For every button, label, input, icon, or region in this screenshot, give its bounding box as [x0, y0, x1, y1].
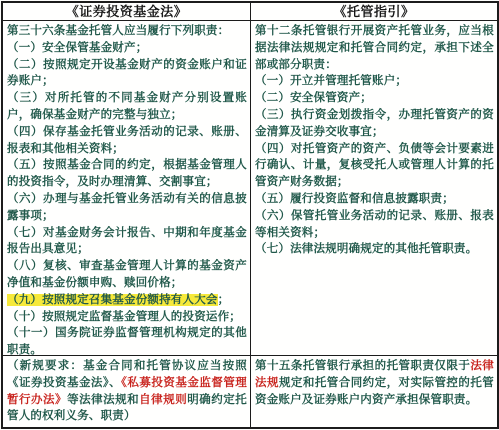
left-main-cell: 第三十六条基金托管人应当履行下列职责： （一）安全保管基金财产； （二）按照规定…: [3, 20, 250, 355]
comparison-table: 《证券投资基金法》 《托管指引》 第三十六条基金托管人应当履行下列职责： （一）…: [1, 1, 499, 429]
left-item-4: （四）保存基金托管业务活动的记录、账册、报表和其他相关资料；: [7, 124, 247, 158]
left-item-11: （十一）国务院证券监督管理机构规定的其他职责。: [7, 325, 247, 355]
right-note-seg-1: 第十五条托管银行承担的托管职责仅限于: [255, 360, 470, 372]
right-column-header-cell: 《托管指引》: [250, 3, 497, 20]
right-note: 第十五条托管银行承担的托管职责仅限于法律法规规定和托管合同约定，对实际管控的托管…: [255, 358, 494, 408]
left-column-header-cell: 《证券投资基金法》: [3, 3, 250, 20]
right-item-4: （四）对托管资产的资产、负债等会计要素进行确认、计量，复核受托人或管理人计算的托…: [255, 141, 494, 191]
left-item-3: （三）对所托管的不同基金财产分别设置账户，确保基金财产的完整与独立；: [7, 90, 247, 124]
left-item-10: （十）按照规定监督基金管理人的投资运作；: [7, 309, 247, 326]
left-intro: 第三十六条基金托管人应当履行下列职责：: [7, 23, 247, 40]
left-item-6: （六）办理与基金托管业务活动有关的信息披露事项；: [7, 191, 247, 225]
highlight-mark: （九）按照规定召集基金份额持有人大会: [7, 294, 218, 306]
left-column-header: 《证券投资基金法》: [66, 5, 188, 18]
right-item-7: （七）法律法规明确规定的其他托管职责。: [255, 241, 494, 258]
left-note-red-self-discipline: 自律规则: [139, 394, 187, 406]
left-item-9: （九）按照规定召集基金份额持有人大会；: [7, 292, 247, 309]
left-item-9-suffix: ；: [218, 294, 230, 306]
right-item-1: （一）开立并管理托管账户；: [255, 73, 494, 90]
right-main-cell: 第十二条托管银行开展资产托管业务，应当根据法律法规规定和托管合同约定，承担下述全…: [250, 20, 497, 355]
left-item-8: （八）复核、审查基金管理人计算的基金资产净值和基金份额申购、赎回价格；: [7, 258, 247, 292]
left-item-7: （七）对基金财务会计报告、中期和年度基金报告出具意见；: [7, 225, 247, 259]
right-note-cell: 第十五条托管银行承担的托管职责仅限于法律法规规定和托管合同约定，对实际管控的托管…: [250, 355, 497, 427]
left-item-5: （五）按照基金合同的约定，根据基金管理人的投资指令，及时办理清算、交割事宜；: [7, 157, 247, 191]
right-item-6: （六）保管托管业务活动的记录、账册、报表等相关资料；: [255, 208, 494, 242]
right-item-5: （五）履行投资监督和信息披露职责；: [255, 191, 494, 208]
document-page: 《证券投资基金法》 《托管指引》 第三十六条基金托管人应当履行下列职责： （一）…: [0, 0, 499, 430]
right-intro: 第十二条托管银行开展资产托管业务，应当根据法律法规规定和托管合同约定，承担下述全…: [255, 23, 494, 73]
left-note-seg-3: 等法律法规和: [67, 394, 139, 406]
right-item-2: （二）安全保管资产；: [255, 90, 494, 107]
left-item-2: （二）按照规定开设基金财产的资金账户和证券账户；: [7, 57, 247, 91]
left-note: （新规要求：基金合同和托管协议应当按照《证券投资基金法》、《私募投资基金监督管理…: [7, 358, 247, 425]
right-column-header: 《托管指引》: [333, 5, 414, 18]
right-note-seg-3: 规定和托管合同约定，对实际管控的托管资金账户及证券账户内资产承担保管职责。: [255, 377, 494, 406]
left-note-cell: （新规要求：基金合同和托管协议应当按照《证券投资基金法》、《私募投资基金监督管理…: [3, 355, 250, 427]
left-item-1: （一）安全保管基金财产；: [7, 40, 247, 57]
right-item-3: （三）执行资金划拨指令，办理托管资产的资金清算及证券交收事宜；: [255, 107, 494, 141]
